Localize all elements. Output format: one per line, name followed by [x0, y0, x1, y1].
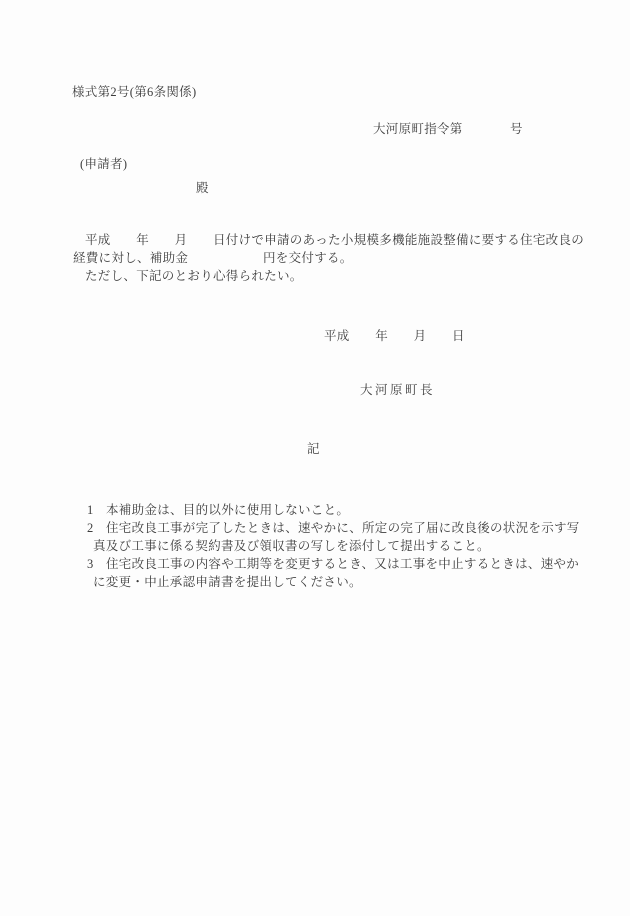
body-paragraph-line-2-right: 円を交付する。: [263, 250, 353, 266]
body-paragraph-line-3: ただし、下記のとおり心得られたい。: [85, 268, 303, 284]
body-paragraph-line-2-left: 経費に対し、補助金: [73, 250, 188, 266]
note-2-number: 2: [87, 520, 94, 536]
honorific-dono: 殿: [196, 180, 209, 196]
note-3-line-2: に変更・中止承認申請書を提出してください。: [93, 574, 362, 590]
form-number: 様式第2号(第6条関係): [72, 84, 196, 100]
ki-marker: 記: [307, 441, 320, 457]
directive-number-prefix: 大河原町指令第: [373, 121, 463, 137]
note-3-number: 3: [87, 556, 94, 572]
note-3-line-1: 住宅改良工事の内容や工期等を変更するとき、又は工事を中止するときは、速やか: [106, 556, 579, 572]
note-2-line-2: 真及び工事に係る契約書及び領収書の写しを添付して提出すること。: [93, 538, 490, 554]
document-page: 様式第2号(第6条関係) 大河原町指令第 号 (申請者) 殿 平成 年 月 日付…: [0, 0, 630, 916]
signature-mayor: 大河原町長: [360, 382, 435, 398]
note-2-line-1: 住宅改良工事が完了したときは、速やかに、所定の完了届に改良後の状況を示す写: [106, 520, 580, 536]
issue-date-line: 平成 年 月 日: [324, 328, 465, 344]
note-1-number: 1: [87, 502, 94, 518]
body-paragraph-line-1: 平成 年 月 日付けで申請のあった小規模多機能施設整備に要する住宅改良の: [85, 232, 584, 248]
directive-number-suffix: 号: [510, 121, 523, 137]
applicant-label: (申請者): [80, 156, 127, 172]
note-1-line-1: 本補助金は、目的以外に使用しないこと。: [106, 502, 349, 518]
